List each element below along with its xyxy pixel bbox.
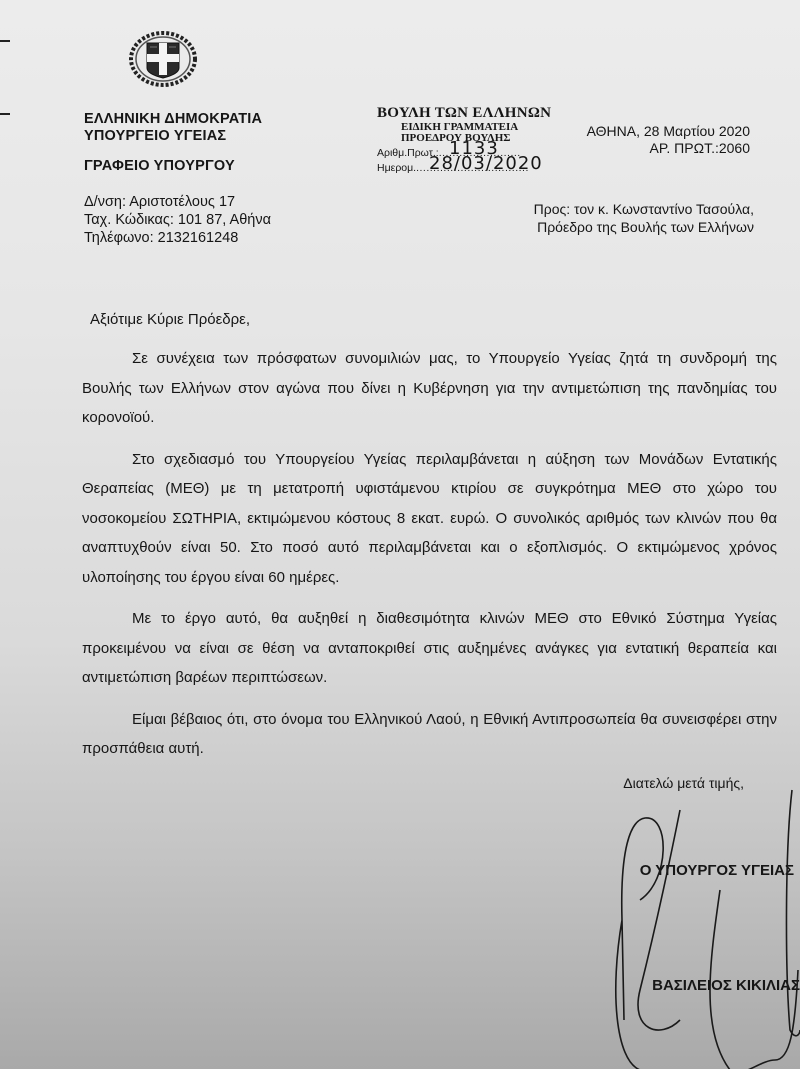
handwritten-signature-icon xyxy=(600,770,800,1069)
hole-punch-mark xyxy=(0,113,10,115)
recipient-block: Προς: τον κ. Κωνσταντίνο Τασούλα, Πρόεδρ… xyxy=(534,200,754,236)
office-heading: ΓΡΑΦΕΙΟ ΥΠΟΥΡΓΟΥ xyxy=(84,158,235,175)
stamp-title: ΒΟΥΛΗ ΤΩΝ ΕΛΛΗΝΩΝ xyxy=(377,105,551,122)
greek-coat-of-arms-icon xyxy=(126,30,200,88)
place-date: ΑΘΗΝΑ, 28 Μαρτίου 2020 xyxy=(587,123,750,140)
body-paragraph: Με το έργο αυτό, θα αυξηθεί η διαθεσιμότ… xyxy=(82,604,777,693)
republic-heading: ΕΛΛΗΝΙΚΗ ΔΗΜΟΚΡΑΤΙΑ xyxy=(84,111,262,128)
letter-body: Σε συνέχεια των πρόσφατων συνομιλιών μας… xyxy=(82,344,777,776)
stamp-date-row: Ημερομ..................................… xyxy=(377,162,551,174)
ministry-heading: ΥΠΟΥΡΓΕΙΟ ΥΓΕΙΑΣ xyxy=(84,128,262,145)
stamp-date-label: Ημερομ. xyxy=(377,162,416,174)
body-paragraph: Σε συνέχεια των πρόσφατων συνομιλιών μας… xyxy=(82,344,777,433)
address-block: Δ/νση: Αριστοτέλους 17 Ταχ. Κώδικας: 101… xyxy=(84,193,271,247)
stamp-date-value: 28/03/2020 xyxy=(429,153,543,174)
phone-line: Τηλέφωνο: 2132161248 xyxy=(84,229,271,247)
salutation: Αξιότιμε Κύριε Πρόεδρε, xyxy=(90,311,250,328)
letterhead-block: ΕΛΛΗΝΙΚΗ ΔΗΜΟΚΡΑΤΙΑ ΥΠΟΥΡΓΕΙΟ ΥΓΕΙΑΣ xyxy=(84,111,262,145)
hole-punch-mark xyxy=(0,40,10,42)
protocol-number: ΑΡ. ΠΡΩΤ.:2060 xyxy=(587,140,750,157)
parliament-receipt-stamp: ΒΟΥΛΗ ΤΩΝ ΕΛΛΗΝΩΝ ΕΙΔΙΚΗ ΓΡΑΜΜΑΤΕΙΑ ΠΡΟΕ… xyxy=(377,105,551,174)
postal-code-line: Ταχ. Κώδικας: 101 87, Αθήνα xyxy=(84,211,271,229)
body-paragraph: Είμαι βέβαιος ότι, στο όνομα του Ελληνικ… xyxy=(82,705,777,764)
recipient-line-2: Πρόεδρο της Βουλής των Ελλήνων xyxy=(534,218,754,236)
body-paragraph: Στο σχεδιασμό του Υπουργείου Υγείας περι… xyxy=(82,445,777,593)
recipient-line-1: Προς: τον κ. Κωνσταντίνο Τασούλα, xyxy=(534,200,754,218)
address-line: Δ/νση: Αριστοτέλους 17 xyxy=(84,193,271,211)
date-protocol-block: ΑΘΗΝΑ, 28 Μαρτίου 2020 ΑΡ. ΠΡΩΤ.:2060 xyxy=(587,123,750,157)
